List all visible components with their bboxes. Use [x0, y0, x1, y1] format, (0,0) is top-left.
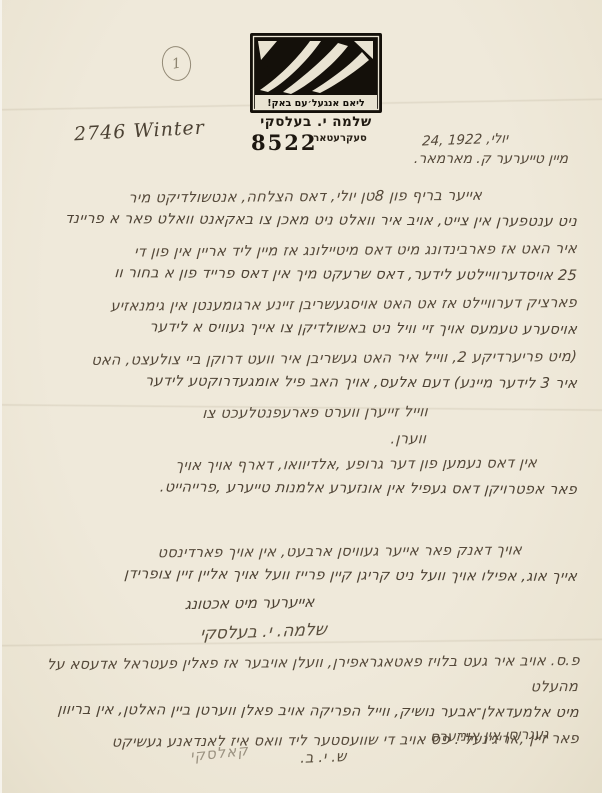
postscript-end-line: געגריסן אין אונזערס	[430, 726, 549, 745]
letter-date: 24, יולי, 1922	[422, 130, 509, 149]
salutation: מיין טייערער ק. מארמאר.	[301, 151, 568, 167]
letterhead-logo: ליאם אנגעל׳עם באק!	[250, 33, 382, 117]
body-paragraph-2: אין דאס נעמען פון דער גרופע ,אלדיוואו, ד…	[32, 450, 577, 504]
logo-caption: ליאם אנגעל׳עם באק!	[267, 98, 364, 109]
page-number-circled: 1	[159, 44, 194, 84]
handwritten-line: איר 3 לידער מיינע) דעם אלעס, אויך האב פי…	[31, 368, 578, 398]
letterhead-name: שלמה י. בעלסקי	[250, 114, 382, 130]
handwritten-line: אייך אוג, אפילו אויך וועל ניט קריגן קיין…	[31, 561, 578, 591]
handwritten-line: פאר אפטרויקן דאס געפיל אין אונזערע אלמנו…	[31, 474, 578, 504]
handwritten-line: פ.ס. אויב איר געט בלויז פאטאגראפירן, ווע…	[28, 648, 580, 704]
handwritten-line: מיט אלמעדאלן־אבער נושיק, ווייל הפריקה או…	[29, 697, 580, 726]
body-paragraph-1: אייער בריף פון 8טן יולי, דאס הצלחה, אנטש…	[32, 182, 577, 452]
handwritten-address: 2746 Winter	[74, 117, 206, 146]
handwritten-line: 25 אויסדערוויילטע לידער, דאס שרעקט מיך א…	[31, 260, 578, 290]
closing-phrase: אייערער מיט אכטונג	[184, 593, 314, 613]
body-paragraph-3: אויך דאנק פאר אייער געוויסן ארבעט, אין א…	[32, 537, 577, 591]
handwritten-line: אויסערע טעמעס אויך זיי וויל ניט באשולדיק…	[31, 314, 578, 344]
letter-page: 1 ליאם אנגעל׳עם באק! שלמה י. בעלסקי סעקר…	[0, 0, 602, 793]
handwritten-line: ווייל זייערן ווערט פארעפנטלעכט צו ווערן.	[30, 398, 578, 456]
author-initials: ש. י. ב.	[300, 747, 347, 767]
logo-artwork-icon: ליאם אנגעל׳עם באק!	[250, 33, 382, 113]
page-number-value: 1	[171, 55, 183, 72]
handwritten-line: ניט ענטפערן אין צייט, אויב איר וואלט ניט…	[31, 206, 578, 236]
signature: שלמה. י. בעלסקי	[199, 620, 327, 644]
